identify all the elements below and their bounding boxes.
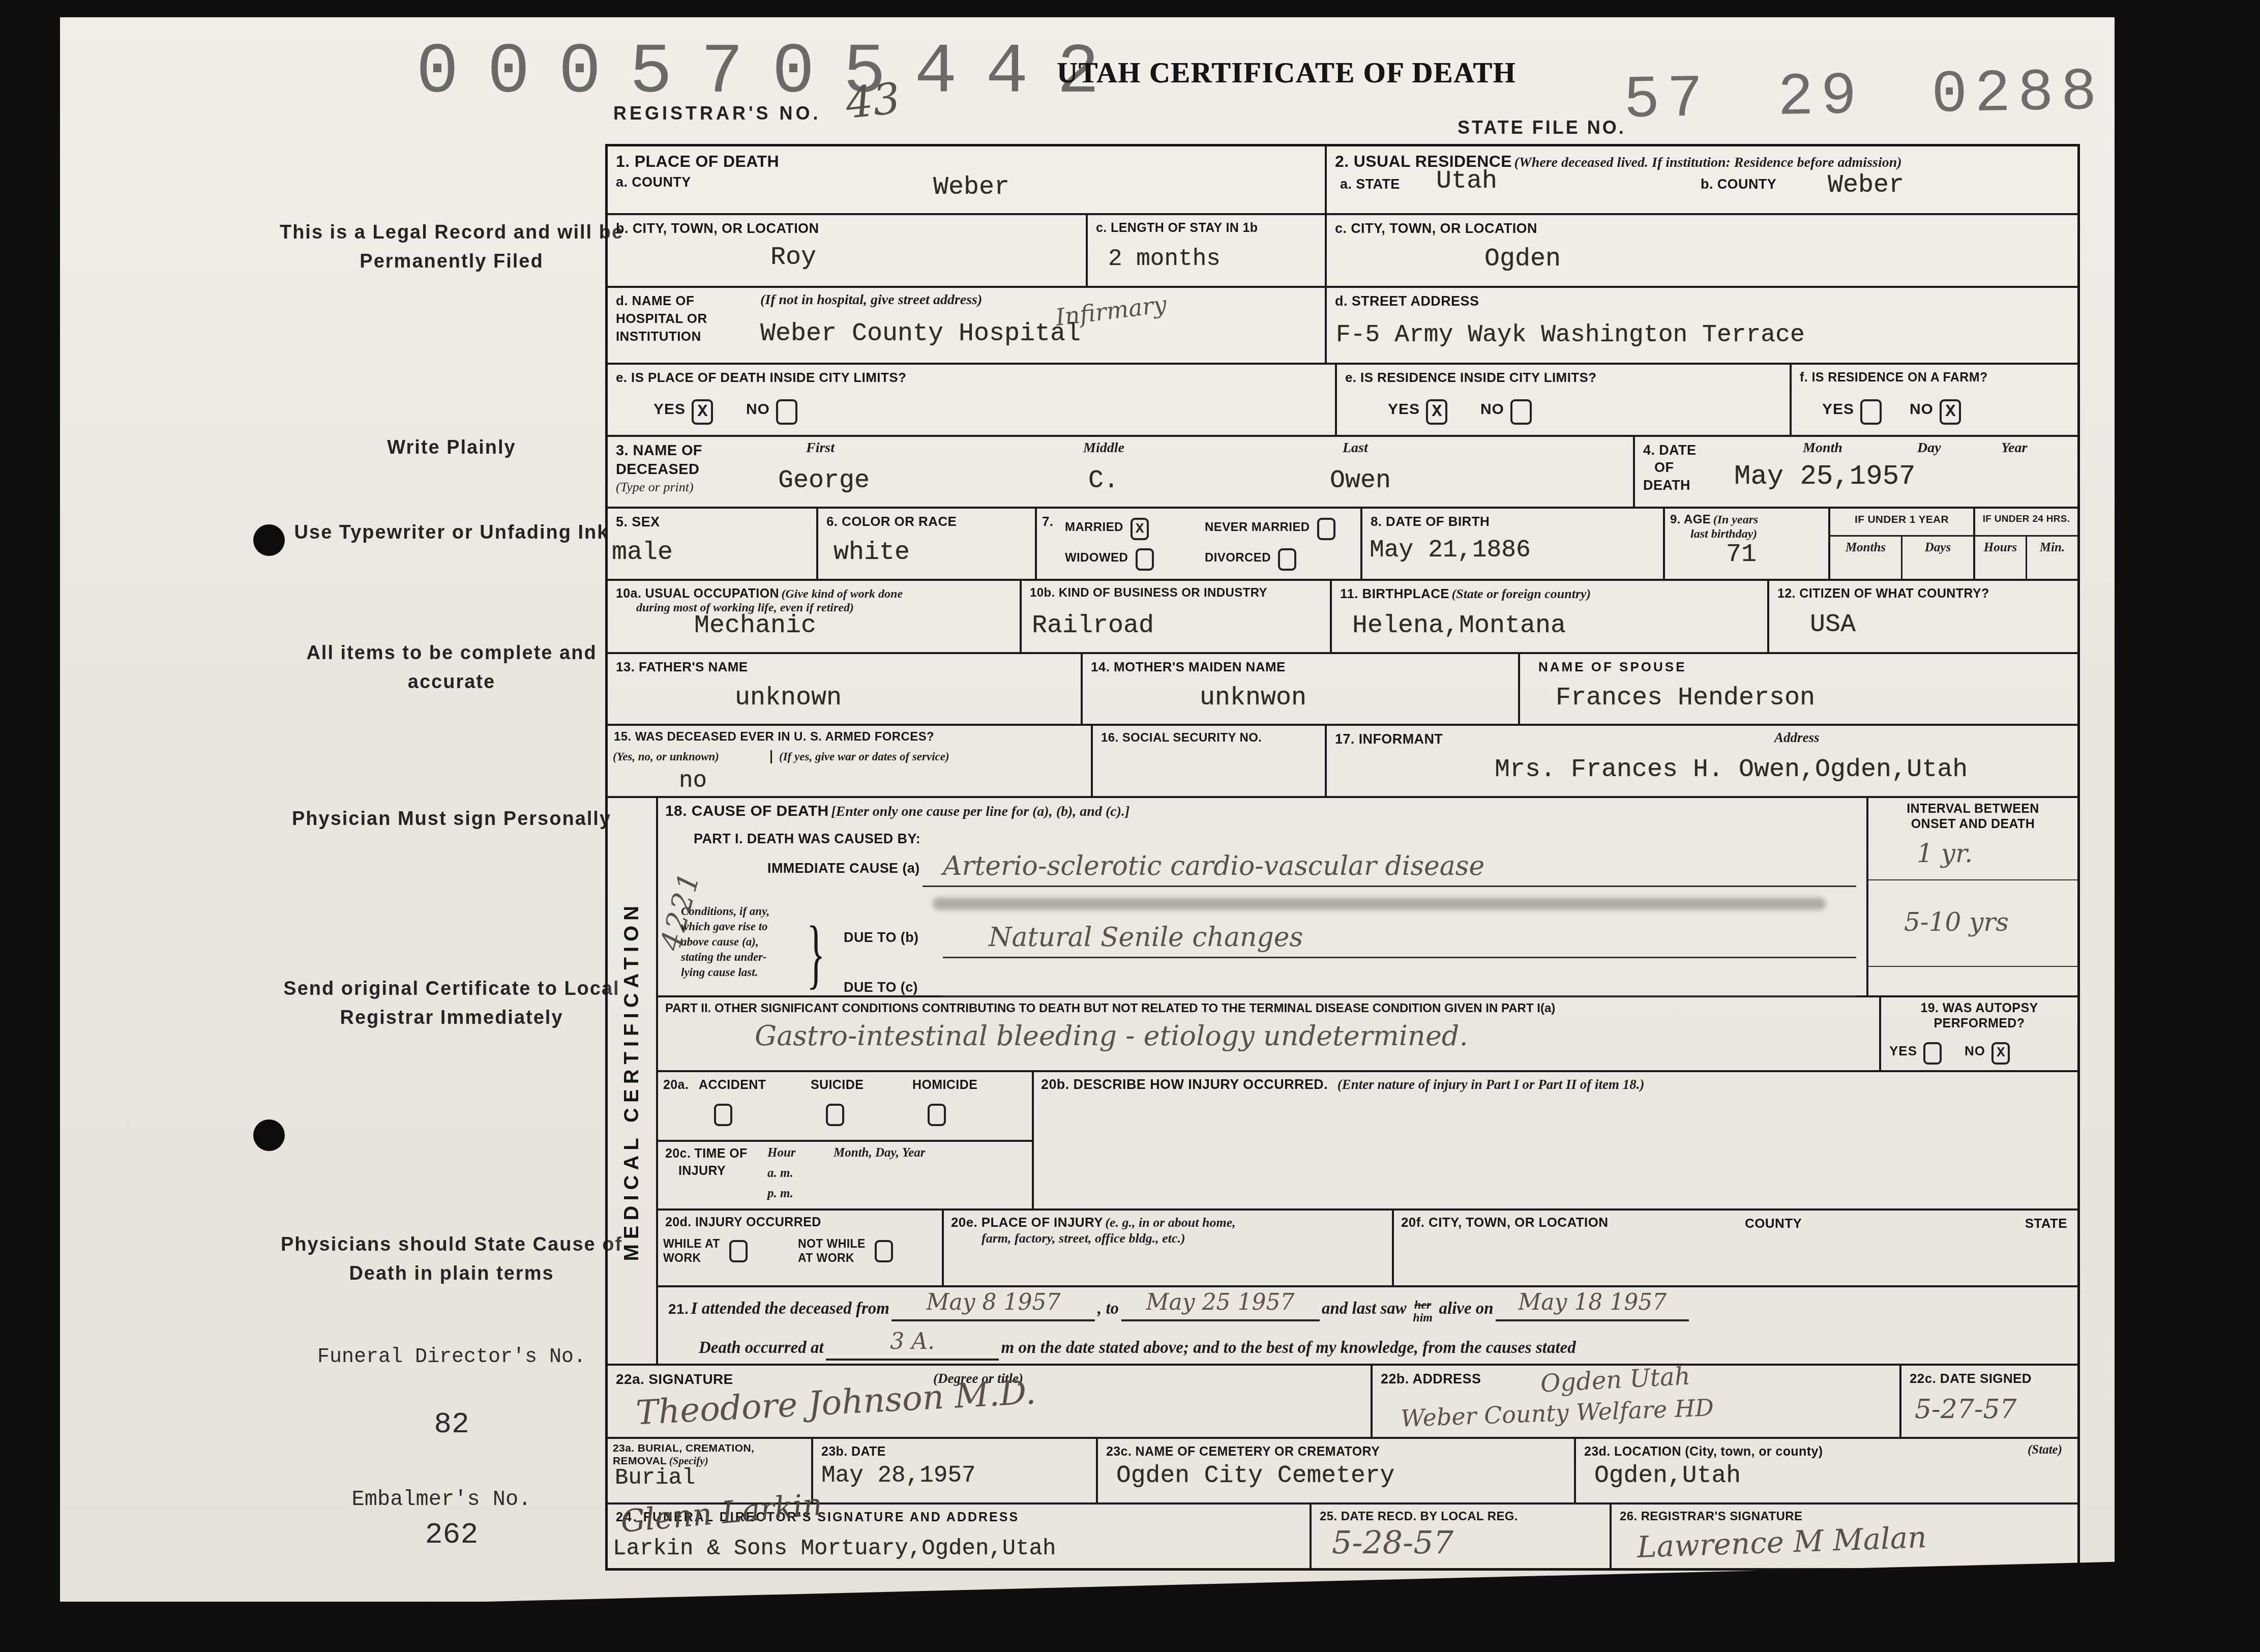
- married-label: MARRIED: [1065, 520, 1123, 534]
- field-describe-injury: 20b. DESCRIBE HOW INJURY OCCURRED. (Ente…: [1032, 1072, 2077, 1208]
- checkbox-accident: [714, 1104, 732, 1126]
- checkbox-residence-in-city-no: [1510, 399, 1532, 425]
- field-burial-date: 23b. DATE May 28,1957: [811, 1439, 1096, 1502]
- embalmer-no-value: 262: [274, 1519, 630, 1552]
- checkbox-farm-yes: [1860, 399, 1882, 425]
- brace-glyph: }: [807, 909, 825, 998]
- injury-occurred-label: 20d. INJURY OCCURRED: [665, 1215, 935, 1230]
- hospital-value: Weber County Hospital: [760, 319, 1081, 348]
- homicide-label: HOMICIDE: [912, 1077, 977, 1093]
- attended-text-2: , to: [1097, 1300, 1119, 1318]
- industry-label: 10b. KIND OF BUSINESS OR INDUSTRY: [1030, 586, 1322, 601]
- ssn-label: 16. SOCIAL SECURITY NO.: [1101, 731, 1317, 746]
- yes-label: YES: [653, 401, 686, 418]
- interval-divider-1: [1868, 879, 2077, 880]
- county-value: Weber: [933, 173, 1009, 202]
- part2-value: Gastro-intestinal bleeding - etiology un…: [755, 1020, 1468, 1052]
- field-birthplace: 11. BIRTHPLACE (State or foreign country…: [1330, 581, 1767, 652]
- funeral-director-no-label: Funeral Director's No.: [274, 1346, 630, 1369]
- residence-state-value: Utah: [1436, 167, 1497, 196]
- days-header: Days: [1901, 537, 1973, 579]
- row-attended: 21. I attended the deceased from May 8 1…: [658, 1285, 2077, 1364]
- cause-a-line: [923, 886, 1856, 887]
- field-physician-address: 22b. ADDRESS Ogden Utah Weber County Wel…: [1371, 1366, 1899, 1437]
- row-2: b. CITY, TOWN, OR LOCATION Roy c. LENGTH…: [608, 213, 2077, 286]
- last-name-header: Last: [1343, 440, 1368, 456]
- residence-on-farm-boxes: YES NO X: [1822, 399, 1961, 425]
- field-place-of-injury: 20e. PLACE OF INJURY (e. g., in or about…: [942, 1211, 1392, 1285]
- certificate-form: 1. PLACE OF DEATH a. COUNTY Weber 2. USU…: [605, 144, 2080, 1571]
- funeral-director-no-value: 82: [274, 1408, 630, 1441]
- cemetery-state-hint: (State): [2028, 1443, 2062, 1457]
- field-age: 9. AGE (In years last birthday) 71: [1663, 509, 1828, 579]
- certificate-title: UTAH CERTIFICATE OF DEATH: [1057, 57, 1516, 90]
- margin-note-legal-record: This is a Legal Record and will be Perma…: [274, 218, 630, 276]
- attended-text-4: alive on: [1439, 1300, 1493, 1318]
- field-time-of-injury: 20c. TIME OF INJURY Hour a. m. p. m. Mon…: [658, 1140, 1032, 1208]
- medical-certification-label: MEDICAL CERTIFICATION: [620, 901, 643, 1261]
- physician-address-label: 22b. ADDRESS: [1381, 1371, 1481, 1386]
- state-file-no-stamp: 57 29 0288: [1623, 59, 2104, 135]
- age-label: 9. AGE: [1670, 513, 1711, 526]
- usual-residence-hint: (Where deceased lived. If institution: R…: [1514, 155, 1901, 170]
- field-father-name: 13. FATHER'S NAME unknown: [608, 654, 1081, 724]
- field-physician-signature: 22a. SIGNATURE (Degree or title) Theodor…: [608, 1366, 1371, 1437]
- registrar-signature-label: 26. REGISTRAR'S SIGNATURE: [1620, 1510, 2069, 1524]
- conditions-line-3: above cause (a),: [681, 934, 769, 950]
- row-6: 5. SEX male 6. COLOR OR RACE white 7. MA…: [608, 507, 2077, 579]
- field-part2: PART II. OTHER SIGNIFICANT CONDITIONS CO…: [658, 997, 1879, 1071]
- residence-city-label: c. CITY, TOWN, OR LOCATION: [1335, 220, 2069, 237]
- no-label: NO: [746, 401, 770, 418]
- place-of-injury-label: 20e. PLACE OF INJURY: [951, 1215, 1103, 1230]
- attended-line-2: Death occurred at 3 A. m on the date sta…: [699, 1333, 2067, 1361]
- item-21-number: 21.: [668, 1301, 689, 1317]
- last-seen-blank: May 18 1957: [1496, 1293, 1689, 1321]
- signature-label: 22a. SIGNATURE: [616, 1371, 733, 1387]
- attended-to-blank: May 25 1957: [1121, 1293, 1320, 1321]
- attended-from-value: May 8 1957: [926, 1289, 1060, 1315]
- part1-label: PART I. DEATH WAS CAUSED BY:: [694, 831, 920, 847]
- hospital-hint: (If not in hospital, give street address…: [760, 292, 982, 308]
- margin-note-send-original: Send original Certificate to Local Regis…: [274, 975, 630, 1032]
- field-name-of-deceased: 3. NAME OF DECEASED (Type or print) Firs…: [608, 437, 1633, 507]
- occupation-hint-2: during most of working life, even if ret…: [636, 601, 1012, 615]
- residence-city-limits-boxes: YES X NO: [1388, 399, 1532, 425]
- checkbox-death-in-city-no: [776, 399, 797, 425]
- field-if-under-1-year: IF UNDER 1 YEAR Months Days: [1828, 509, 1973, 579]
- no-label: NO: [1910, 401, 1934, 418]
- attended-line-1: 21. I attended the deceased from May 8 1…: [668, 1293, 2067, 1324]
- checkbox-while-at-work: [729, 1240, 748, 1262]
- death-city-limits-boxes: YES X NO: [653, 399, 797, 425]
- date-received-label: 25. DATE RECD. BY LOCAL REG.: [1320, 1510, 1601, 1524]
- field-residence-city: c. CITY, TOWN, OR LOCATION Ogden: [1325, 215, 2077, 286]
- state-file-no-label: STATE FILE NO.: [1458, 117, 1626, 138]
- field-occupation: 10a. USUAL OCCUPATION (Give kind of work…: [608, 581, 1020, 652]
- row-3: d. NAME OF HOSPITAL OR INSTITUTION (If n…: [608, 286, 2077, 363]
- field-usual-residence: 2. USUAL RESIDENCE (Where deceased lived…: [1325, 146, 2077, 213]
- row-5: 3. NAME OF DECEASED (Type or print) Firs…: [608, 435, 2077, 507]
- informant-value: Mrs. Frances H. Owen,Ogden,Utah: [1495, 755, 1968, 784]
- pencil-smudge: [933, 898, 1826, 910]
- field-date-of-birth: 8. DATE OF BIRTH May 21,1886: [1360, 509, 1663, 579]
- residence-city-limits-label: e. IS RESIDENCE INSIDE CITY LIMITS?: [1345, 370, 1781, 386]
- field-death-city: b. CITY, TOWN, OR LOCATION Roy: [608, 215, 1086, 286]
- armed-forces-label: 15. WAS DECEASED EVER IN U. S. ARMED FOR…: [614, 730, 1085, 745]
- margin-note-write-plainly: Write Plainly: [274, 433, 630, 462]
- conditions-note: Conditions, if any, which gave rise to a…: [681, 904, 769, 980]
- row-part2: PART II. OTHER SIGNIFICANT CONDITIONS CO…: [658, 995, 2077, 1071]
- cause-of-death-label: 18. CAUSE OF DEATH: [665, 803, 829, 819]
- informant-label: 17. INFORMANT: [1335, 731, 1443, 747]
- injury-city-label: 20f. CITY, TOWN, OR LOCATION: [1401, 1215, 1608, 1230]
- industry-value: Railroad: [1032, 611, 1154, 640]
- injury-state-label: STATE: [2025, 1216, 2067, 1231]
- while-at-work-label-2: WORK: [663, 1251, 720, 1265]
- medical-rows: 4221 18. CAUSE OF DEATH [Enter only one …: [656, 798, 2077, 1364]
- checkbox-widowed: [1136, 548, 1154, 571]
- registrar-signature-value: Lawrence M Malan: [1637, 1520, 1927, 1565]
- row-8: 13. FATHER'S NAME unknown 14. MOTHER'S M…: [608, 652, 2077, 724]
- cause-of-death-bracket: [Enter only one cause per line for (a), …: [831, 804, 1129, 819]
- occupation-hint-1: (Give kind of work done: [781, 587, 903, 601]
- row-1: 1. PLACE OF DEATH a. COUNTY Weber 2. USU…: [608, 146, 2077, 213]
- under-1-year-label: IF UNDER 1 YEAR: [1830, 509, 1973, 532]
- sex-label: 5. SEX: [616, 514, 808, 530]
- field-cause-of-death: 4221 18. CAUSE OF DEATH [Enter only one …: [658, 798, 1866, 995]
- burial-date-label: 23b. DATE: [821, 1444, 1088, 1459]
- never-married-option: NEVER MARRIED: [1205, 518, 1335, 540]
- injury-county-label: COUNTY: [1745, 1216, 1802, 1231]
- not-while-at-work-label-2: AT WORK: [798, 1251, 866, 1265]
- cemetery-location-value: Ogden,Utah: [1594, 1462, 1741, 1490]
- autopsy-boxes: YES NO X: [1889, 1042, 2010, 1065]
- never-married-label: NEVER MARRIED: [1205, 520, 1310, 534]
- married-option: MARRIED X: [1065, 518, 1149, 540]
- cause-b-value: Natural Senile changes: [989, 922, 1303, 953]
- row-4: e. IS PLACE OF DEATH INSIDE CITY LIMITS?…: [608, 363, 2077, 435]
- physician-address-line2: Weber County Welfare HD: [1400, 1394, 1714, 1432]
- checkbox-not-while-at-work: [875, 1240, 893, 1262]
- registrar-no-label: REGISTRAR'S NO.: [613, 103, 821, 124]
- accident-label: ACCIDENT: [699, 1077, 766, 1093]
- interval-label-2: ONSET AND DEATH: [1872, 816, 2073, 832]
- injury-left-column: 20a. ACCIDENT SUICIDE HOMICIDE 20c. TIME…: [658, 1072, 1032, 1208]
- residence-county-value: Weber: [1828, 171, 1904, 200]
- field-length-of-stay: c. LENGTH OF STAY IN 1b 2 months: [1086, 215, 1325, 286]
- conditions-line-5: lying cause last.: [681, 965, 769, 980]
- interval-label-1: INTERVAL BETWEEN: [1872, 801, 2073, 816]
- armed-forces-hint-1: (Yes, no, or unknown): [613, 750, 719, 763]
- suicide-label: SUICIDE: [811, 1077, 864, 1093]
- autopsy-label-2: PERFORMED?: [1886, 1016, 2072, 1031]
- place-of-injury-hint-1: (e. g., in or about home,: [1105, 1215, 1235, 1230]
- date-signed-value: 5-27-57: [1915, 1394, 2017, 1425]
- checkbox-death-in-city-yes: X: [692, 399, 713, 425]
- divorced-label: DIVORCED: [1205, 551, 1271, 565]
- spouse-value: Frances Henderson: [1556, 684, 1815, 713]
- describe-injury-hint: (Enter nature of injury in Part I or Par…: [1337, 1077, 1645, 1092]
- hour-header: Hour: [767, 1146, 796, 1160]
- part2-label: PART II. OTHER SIGNIFICANT CONDITIONS CO…: [665, 1001, 1872, 1016]
- checkbox-never-married: [1317, 518, 1335, 540]
- occupation-label: 10a. USUAL OCCUPATION: [616, 586, 779, 601]
- age-label-line2: last birthday): [1690, 527, 1823, 541]
- field-if-under-24-hrs: IF UNDER 24 HRS. Hours Min.: [1973, 509, 2077, 579]
- death-city-limits-label: e. IS PLACE OF DEATH INSIDE CITY LIMITS?: [616, 370, 1327, 386]
- row-7: 10a. USUAL OCCUPATION (Give kind of work…: [608, 579, 2077, 652]
- yes-label: YES: [1822, 401, 1854, 418]
- length-of-stay-value: 2 months: [1108, 246, 1221, 272]
- hours-header: Hours: [1975, 537, 2026, 579]
- field-ssn: 16. SOCIAL SECURITY NO.: [1091, 726, 1325, 796]
- field-attended-statement: 21. I attended the deceased from May 8 1…: [658, 1287, 2077, 1364]
- spouse-label: NAME OF SPOUSE: [1538, 659, 2069, 675]
- her-him-stack: her him: [1413, 1299, 1433, 1324]
- day-header: Day: [1917, 440, 1941, 456]
- row-injury-bottom: 20d. INJURY OCCURRED WHILE AT WORK NOT W…: [658, 1208, 2077, 1285]
- residence-county-label: b. COUNTY: [1701, 176, 1776, 192]
- cause-c-line: [943, 995, 1856, 997]
- cause-b-line: [943, 957, 1856, 958]
- field-mother-maiden-name: 14. MOTHER'S MAIDEN NAME unknwon: [1081, 654, 1518, 724]
- conditions-line-2: which gave rise to: [681, 919, 769, 934]
- middle-name-value: C.: [1088, 466, 1119, 495]
- field-residence-city-limits: e. IS RESIDENCE INSIDE CITY LIMITS? YES …: [1335, 365, 1790, 435]
- death-city-label: b. CITY, TOWN, OR LOCATION: [616, 220, 1078, 237]
- burial-value: Burial: [615, 1465, 695, 1491]
- pm-label: p. m.: [767, 1187, 793, 1201]
- street-address-label: d. STREET ADDRESS: [1335, 293, 2069, 309]
- margin-note-typewriter: Use Typewriter or Unfading Ink: [274, 518, 630, 547]
- field-registrar-signature: 26. REGISTRAR'S SIGNATURE Lawrence M Mal…: [1610, 1504, 2077, 1568]
- field-armed-forces: 15. WAS DECEASED EVER IN U. S. ARMED FOR…: [608, 726, 1091, 796]
- due-to-b-label: DUE TO (b): [844, 929, 919, 946]
- embalmer-no-label: Embalmer's No.: [263, 1487, 619, 1512]
- time-of-injury-label-2: INJURY: [678, 1163, 1025, 1178]
- no-label: NO: [1480, 401, 1504, 418]
- death-hour-value: 3 A.: [890, 1329, 935, 1354]
- field-cemetery-location: 23d. LOCATION (City, town, or county) (S…: [1574, 1439, 2077, 1502]
- armed-forces-hint-2: (If yes, give war or dates of service): [770, 750, 949, 763]
- field-funeral-director: 24. FUNERAL DIRECTOR'S SIGNATURE AND ADD…: [608, 1504, 1310, 1568]
- father-name-label: 13. FATHER'S NAME: [616, 659, 1073, 675]
- cause-a-value: Arterio-sclerotic cardio-vascular diseas…: [943, 851, 1484, 881]
- checkbox-farm-no: X: [1940, 399, 1961, 425]
- field-injury-occurred: 20d. INJURY OCCURRED WHILE AT WORK NOT W…: [658, 1211, 942, 1285]
- sex-value: male: [612, 538, 673, 567]
- death-occurred-text-1: Death occurred at: [699, 1339, 824, 1357]
- registrar-no-value: 43: [843, 73, 903, 129]
- age-value: 71: [1726, 540, 1757, 569]
- physician-address-line1: Ogden Utah: [1540, 1362, 1691, 1398]
- yes-label: YES: [1388, 401, 1420, 418]
- death-occurred-text-2: m on the date stated above; and to the b…: [1001, 1339, 1576, 1357]
- name-label-3: (Type or print): [616, 480, 1625, 495]
- field-residence-on-farm: f. IS RESIDENCE ON A FARM? YES NO X: [1790, 365, 2077, 435]
- field-accident-suicide-homicide: 20a. ACCIDENT SUICIDE HOMICIDE: [658, 1072, 1032, 1140]
- cemetery-value: Ogden City Cemetery: [1116, 1462, 1394, 1490]
- length-of-stay-label: c. LENGTH OF STAY IN 1b: [1096, 220, 1317, 235]
- marital-number: 7.: [1042, 514, 1053, 529]
- first-name-value: George: [778, 466, 870, 495]
- describe-injury-label: 20b. DESCRIBE HOW INJURY OCCURRED.: [1041, 1077, 1328, 1092]
- interval-divider-2: [1868, 966, 2077, 967]
- field-place-of-death-county: 1. PLACE OF DEATH a. COUNTY Weber: [608, 146, 1325, 213]
- yes-label: YES: [1889, 1043, 1917, 1058]
- field-spouse-name: NAME OF SPOUSE Frances Henderson: [1518, 654, 2077, 724]
- occupation-value: Mechanic: [694, 611, 816, 640]
- residence-on-farm-label: f. IS RESIDENCE ON A FARM?: [1800, 370, 2069, 385]
- date-received-value: 5-28-57: [1332, 1524, 1453, 1561]
- funeral-director-value: Larkin & Sons Mortuary,Ogden,Utah: [613, 1536, 1056, 1561]
- conditions-line-4: stating the under-: [681, 950, 769, 965]
- while-at-work-label-1: WHILE AT: [663, 1237, 720, 1251]
- punch-hole-bottom: [253, 1119, 285, 1151]
- am-label: a. m.: [767, 1166, 793, 1181]
- row-cause-of-death: 4221 18. CAUSE OF DEATH [Enter only one …: [658, 798, 2077, 995]
- field-interval: INTERVAL BETWEEN ONSET AND DEATH 1 yr. 5…: [1866, 798, 2077, 995]
- interval-a-value: 1 yr.: [1917, 839, 1973, 868]
- attended-text-1: I attended the deceased from: [691, 1300, 889, 1318]
- date-of-death-value: May 25,1957: [1734, 461, 1915, 492]
- death-city-value: Roy: [770, 243, 816, 272]
- field-death-city-limits: e. IS PLACE OF DEATH INSIDE CITY LIMITS?…: [608, 365, 1335, 435]
- conditions-line-1: Conditions, if any,: [681, 904, 769, 919]
- residence-city-value: Ogden: [1484, 245, 1561, 274]
- father-name-value: unknown: [735, 684, 842, 713]
- attended-to-value: May 25 1957: [1146, 1289, 1295, 1315]
- age-label-line1: 9. AGE (In years: [1670, 513, 1823, 527]
- row-injury-top: 20a. ACCIDENT SUICIDE HOMICIDE 20c. TIME…: [658, 1070, 2077, 1208]
- mother-maiden-name-value: unknwon: [1200, 684, 1306, 713]
- street-address-value: F-5 Army Wayk Washington Terrace: [1336, 321, 1805, 349]
- birthplace-label: 11. BIRTHPLACE: [1340, 586, 1449, 601]
- months-header: Months: [1830, 537, 1901, 579]
- due-to-c-label: DUE TO (c): [844, 979, 918, 995]
- interval-b-value: 5-10 yrs: [1904, 907, 2009, 937]
- autopsy-label-1: 19. WAS AUTOPSY: [1886, 1000, 2072, 1016]
- attended-text-3: and last saw: [1322, 1300, 1407, 1318]
- field-cemetery: 23c. NAME OF CEMETERY OR CREMATORY Ogden…: [1096, 1439, 1574, 1502]
- residence-state-label: a. STATE: [1340, 176, 1400, 192]
- no-label: NO: [1965, 1043, 1985, 1058]
- not-while-at-work-label-1: NOT WHILE: [798, 1237, 866, 1251]
- middle-name-header: Middle: [1083, 440, 1124, 456]
- date-of-birth-value: May 21,1886: [1370, 537, 1531, 564]
- informant-address-header: Address: [1774, 730, 1820, 746]
- serial-number-stamp: 0005705442: [416, 33, 1128, 113]
- field-date-signed: 22c. DATE SIGNED 5-27-57: [1899, 1366, 2077, 1437]
- widowed-label: WIDOWED: [1065, 551, 1128, 565]
- last-name-value: Owen: [1330, 466, 1391, 495]
- checkbox-autopsy-no: X: [1991, 1042, 2010, 1065]
- color-or-race-label: 6. COLOR OR RACE: [826, 514, 1027, 529]
- cemetery-label: 23c. NAME OF CEMETERY OR CREMATORY: [1106, 1444, 1566, 1459]
- field-marital-status: 7. MARRIED X NEVER MARRIED WIDOWED DIVOR…: [1035, 509, 1360, 579]
- row-22: 22a. SIGNATURE (Degree or title) Theodor…: [608, 1364, 2077, 1437]
- field-citizen: 12. CITIZEN OF WHAT COUNTRY? USA: [1767, 581, 2077, 652]
- checkbox-suicide: [826, 1104, 844, 1126]
- margin-note-physician-sign: Physician Must sign Personally: [274, 805, 630, 834]
- checkbox-divorced: [1278, 548, 1296, 571]
- burial-date-value: May 28,1957: [821, 1462, 976, 1489]
- him-label: him: [1413, 1312, 1433, 1324]
- medical-certification-strip: MEDICAL CERTIFICATION: [608, 798, 656, 1364]
- under-24-hrs-label: IF UNDER 24 HRS.: [1975, 509, 2077, 532]
- burial-label-1: 23a. BURIAL, CREMATION,: [613, 1442, 806, 1455]
- margin-note-complete: All items to be complete and accurate: [274, 639, 630, 697]
- checkbox-autopsy-yes: [1923, 1042, 1942, 1065]
- birthplace-hint: (State or foreign country): [1452, 586, 1591, 601]
- field-hospital: d. NAME OF HOSPITAL OR INSTITUTION (If n…: [608, 288, 1325, 363]
- margin-note-plain-terms: Physicians should State Cause of Death i…: [253, 1230, 650, 1288]
- field-date-received: 25. DATE RECD. BY LOCAL REG. 5-28-57: [1310, 1504, 1610, 1568]
- medical-certification-block: MEDICAL CERTIFICATION 4221 18. CAUSE OF …: [608, 796, 2077, 1364]
- min-header: Min.: [2026, 537, 2077, 579]
- place-of-injury-hint-2: farm, factory, street, office bldg., etc…: [982, 1231, 1385, 1246]
- immediate-cause-label: IMMEDIATE CAUSE (a): [767, 860, 920, 876]
- field-color-or-race: 6. COLOR OR RACE white: [816, 509, 1035, 579]
- place-of-death-title: 1. PLACE OF DEATH: [616, 152, 1317, 171]
- date-of-birth-label: 8. DATE OF BIRTH: [1371, 514, 1655, 529]
- cemetery-location-label: 23d. LOCATION (City, town, or county): [1584, 1444, 1823, 1459]
- not-while-at-work-option: NOT WHILE AT WORK: [798, 1237, 893, 1265]
- checkbox-homicide: [928, 1104, 946, 1126]
- field-informant: 17. INFORMANT Address Mrs. Frances H. Ow…: [1325, 726, 2077, 796]
- field-sex: 5. SEX male: [608, 509, 816, 579]
- while-at-work-option: WHILE AT WORK: [663, 1237, 748, 1265]
- field-street-address: d. STREET ADDRESS F-5 Army Wayk Washingt…: [1325, 288, 2077, 363]
- name-label-2: DECEASED: [616, 461, 1625, 479]
- field-autopsy: 19. WAS AUTOPSY PERFORMED? YES NO X: [1879, 997, 2077, 1071]
- under-1-year-cells: Months Days: [1830, 535, 1973, 579]
- under-24-hrs-cells: Hours Min.: [1975, 535, 2077, 579]
- field-industry: 10b. KIND OF BUSINESS OR INDUSTRY Railro…: [1020, 581, 1330, 652]
- birthplace-value: Helena,Montana: [1352, 611, 1566, 640]
- month-header: Month: [1803, 440, 1842, 456]
- field-date-of-death: 4. DATE OF DEATH Month Day Year May 25,1…: [1633, 437, 2077, 507]
- month-day-year-header: Month, Day, Year: [834, 1146, 926, 1160]
- widowed-option: WIDOWED: [1065, 548, 1154, 571]
- mother-maiden-name-label: 14. MOTHER'S MAIDEN NAME: [1091, 659, 1510, 675]
- divorced-option: DIVORCED: [1205, 548, 1296, 571]
- row-24: 24. FUNERAL DIRECTOR'S SIGNATURE AND ADD…: [608, 1502, 2077, 1568]
- age-label-italic: (In years: [1713, 513, 1759, 526]
- row-23: 23a. BURIAL, CREMATION, REMOVAL (Specify…: [608, 1437, 2077, 1502]
- attended-from-blank: May 8 1957: [891, 1293, 1095, 1321]
- scanned-death-certificate: { "colors": {"paper":"#e9e6e0","ink":"#1…: [0, 0, 2260, 1652]
- color-or-race-value: white: [834, 538, 910, 567]
- armed-forces-value: no: [679, 768, 707, 794]
- citizen-value: USA: [1810, 610, 1856, 639]
- death-hour-blank: 3 A.: [826, 1333, 999, 1361]
- checkbox-married: X: [1131, 518, 1149, 540]
- last-seen-value: May 18 1957: [1518, 1289, 1667, 1315]
- her-label: her: [1413, 1299, 1433, 1312]
- field-injury-city: 20f. CITY, TOWN, OR LOCATION COUNTY STAT…: [1392, 1211, 2077, 1285]
- first-name-header: First: [806, 440, 835, 456]
- year-header: Year: [2001, 440, 2027, 456]
- field-20a-number: 20a.: [663, 1077, 689, 1093]
- certificate-paper: 0005705442 REGISTRAR'S NO. 43 UTAH CERTI…: [60, 17, 2115, 1602]
- date-signed-label: 22c. DATE SIGNED: [1910, 1371, 2069, 1386]
- citizen-label: 12. CITIZEN OF WHAT COUNTRY?: [1777, 586, 2069, 601]
- checkbox-residence-in-city-yes: X: [1426, 399, 1447, 425]
- row-9: 15. WAS DECEASED EVER IN U. S. ARMED FOR…: [608, 724, 2077, 796]
